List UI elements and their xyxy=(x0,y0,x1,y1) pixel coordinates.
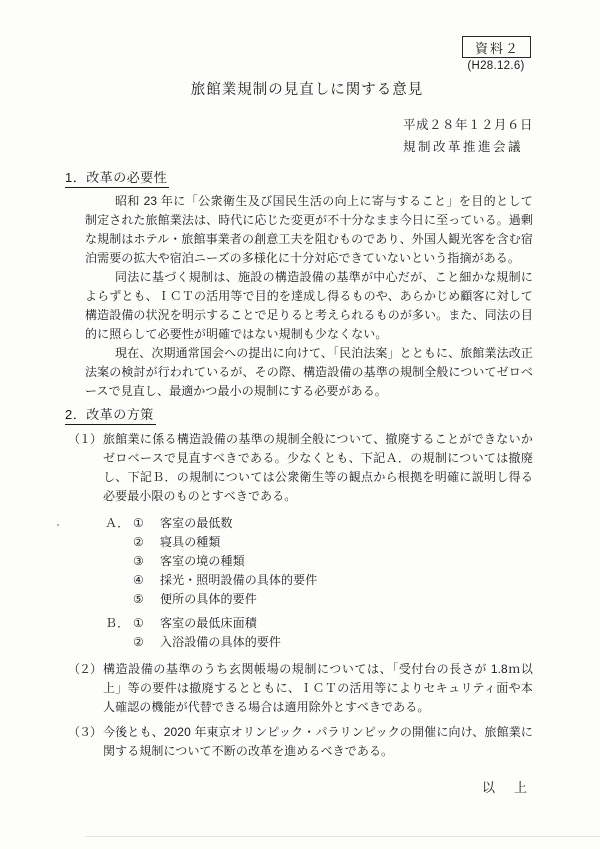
list-b-letter: Ｂ． xyxy=(105,614,133,633)
item-1-text: 旅館業に係る構造設備の基準の規制全般について、撤廃することができないかゼロベース… xyxy=(103,432,533,503)
list-letter-spacer xyxy=(105,633,133,652)
document-meta: 平成２８年１２月６日 規制改革推進会議 xyxy=(403,114,533,158)
section-2-heading: 2．改革の方策 xyxy=(65,404,156,425)
paragraph-1: 昭和 23 年に「公衆衛生及び国民生活の向上に寄与すること」を目的として制定され… xyxy=(85,192,533,268)
list-item: ② 寝具の種類 xyxy=(105,533,535,552)
list-item-text: 客室の最低床面積 xyxy=(160,614,257,633)
scan-artifact-dot xyxy=(57,524,59,526)
list-a-letter: Ａ． xyxy=(105,514,133,533)
list-item-number: ① xyxy=(133,514,160,533)
document-date-note: (H28.12.6) xyxy=(450,60,542,72)
list-letter-spacer xyxy=(105,533,133,552)
paragraph-2: 同法に基づく規制は、施設の構造設備の基準が中心だが、こと細かな規制によらずとも、… xyxy=(85,268,533,344)
list-item-number: ② xyxy=(133,533,160,552)
policy-item-2: （２） 構造設備の基準のうち玄関帳場の規制については、「受付台の長さが 1.8ｍ… xyxy=(68,660,533,717)
item-3-text: 今後とも、2020 年東京オリンピック・パラリンピックの開催に向け、旅館業に関す… xyxy=(103,725,533,758)
list-item-text: 客室の最低数 xyxy=(160,514,233,533)
document-author: 規制改革推進会議 xyxy=(403,136,533,158)
item-3-number: （３） xyxy=(68,723,103,742)
section-2: 2．改革の方策 （１） 旅館業に係る構造設備の基準の規制全般について、撤廃するこ… xyxy=(65,404,535,761)
list-item: ③ 客室の境の種類 xyxy=(105,552,535,571)
closing-text: 以 上 xyxy=(482,777,530,796)
scanned-document-page: 資料２ (H28.12.6) 旅館業規制の見直しに関する意見 平成２８年１２月６… xyxy=(0,0,600,849)
list-item: ④ 採光・照明設備の具体的要件 xyxy=(105,571,535,590)
list-letter-spacer xyxy=(105,571,133,590)
list-item-text: 便所の具体的要件 xyxy=(160,590,257,609)
list-item: ⑤ 便所の具体的要件 xyxy=(105,590,535,609)
list-item-text: 採光・照明設備の具体的要件 xyxy=(160,571,317,590)
item-1-number: （１） xyxy=(68,430,103,449)
list-item: ② 入浴設備の具体的要件 xyxy=(105,633,535,652)
item-2-text: 構造設備の基準のうち玄関帳場の規制については、「受付台の長さが 1.8ｍ以上」等… xyxy=(103,662,533,714)
list-b: Ｂ． ① 客室の最低床面積 ② 入浴設備の具体的要件 xyxy=(105,614,535,652)
policy-item-1: （１） 旅館業に係る構造設備の基準の規制全般について、撤廃することができないかゼ… xyxy=(68,430,533,506)
list-item: Ａ． ① 客室の最低数 xyxy=(105,514,535,533)
section-1: 1．改革の必要性 昭和 23 年に「公衆衛生及び国民生活の向上に寄与すること」を… xyxy=(65,167,535,401)
item-2-number: （２） xyxy=(68,660,103,679)
document-date: 平成２８年１２月６日 xyxy=(403,114,533,136)
list-item-text: 寝具の種類 xyxy=(160,533,221,552)
document-title: 旅館業規制の見直しに関する意見 xyxy=(0,78,600,99)
document-label-box: 資料２ xyxy=(462,36,531,58)
list-item: Ｂ． ① 客室の最低床面積 xyxy=(105,614,535,633)
list-item-number: ② xyxy=(133,633,160,652)
list-item-text: 入浴設備の具体的要件 xyxy=(160,633,281,652)
section-1-body: 昭和 23 年に「公衆衛生及び国民生活の向上に寄与すること」を目的として制定され… xyxy=(85,192,533,401)
paragraph-3: 現在、次期通常国会への提出に向けて、「民泊法案」とともに、旅館業法改正法案の検討… xyxy=(85,344,533,401)
list-item-number: ④ xyxy=(133,571,160,590)
list-item-number: ① xyxy=(133,614,160,633)
list-item-number: ③ xyxy=(133,552,160,571)
list-letter-spacer xyxy=(105,552,133,571)
list-item-text: 客室の境の種類 xyxy=(160,552,245,571)
scan-artifact-line xyxy=(85,836,600,837)
list-a: Ａ． ① 客室の最低数 ② 寝具の種類 ③ 客室の境の種類 ④ 採光・照明設備の… xyxy=(105,514,535,609)
document-label: 資料２ xyxy=(473,38,520,57)
policy-item-3: （３） 今後とも、2020 年東京オリンピック・パラリンピックの開催に向け、旅館… xyxy=(68,723,533,761)
list-letter-spacer xyxy=(105,590,133,609)
section-1-heading: 1．改革の必要性 xyxy=(65,167,169,188)
list-item-number: ⑤ xyxy=(133,590,160,609)
